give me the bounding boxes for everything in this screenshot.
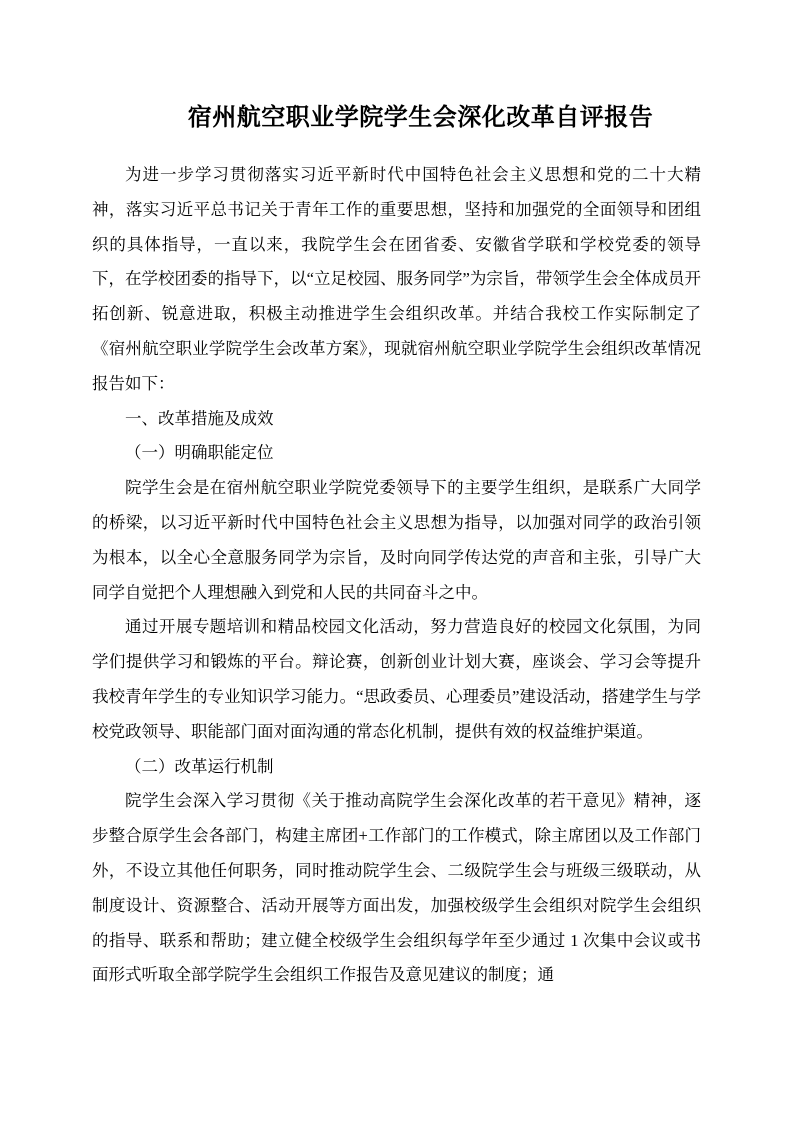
document-page: 宿州航空职业学院学生会深化改革自评报告 为进一步学习贯彻落实习近平新时代中国特色… xyxy=(0,0,793,1122)
section-heading-1: 一、改革措施及成效 xyxy=(92,402,701,437)
subsection-heading-1-2: （二）改革运行机制 xyxy=(92,750,701,785)
paragraph-function-positioning-1: 院学生会是在宿州航空职业学院党委领导下的主要学生组织，是联系广大同学的桥梁，以习… xyxy=(92,471,701,610)
document-title: 宿州航空职业学院学生会深化改革自评报告 xyxy=(92,100,701,136)
paragraph-function-positioning-2: 通过开展专题培训和精品校园文化活动，努力营造良好的校园文化氛围，为同学们提供学习… xyxy=(92,610,701,749)
document-body: 为进一步学习贯彻落实习近平新时代中国特色社会主义思想和党的二十大精神，落实习近平… xyxy=(92,158,701,993)
paragraph-intro: 为进一步学习贯彻落实习近平新时代中国特色社会主义思想和党的二十大精神，落实习近平… xyxy=(92,158,701,402)
paragraph-operating-mechanism: 院学生会深入学习贯彻《关于推动高院学生会深化改革的若干意见》精神，逐步整合原学生… xyxy=(92,784,701,993)
subsection-heading-1-1: （一）明确职能定位 xyxy=(92,436,701,471)
